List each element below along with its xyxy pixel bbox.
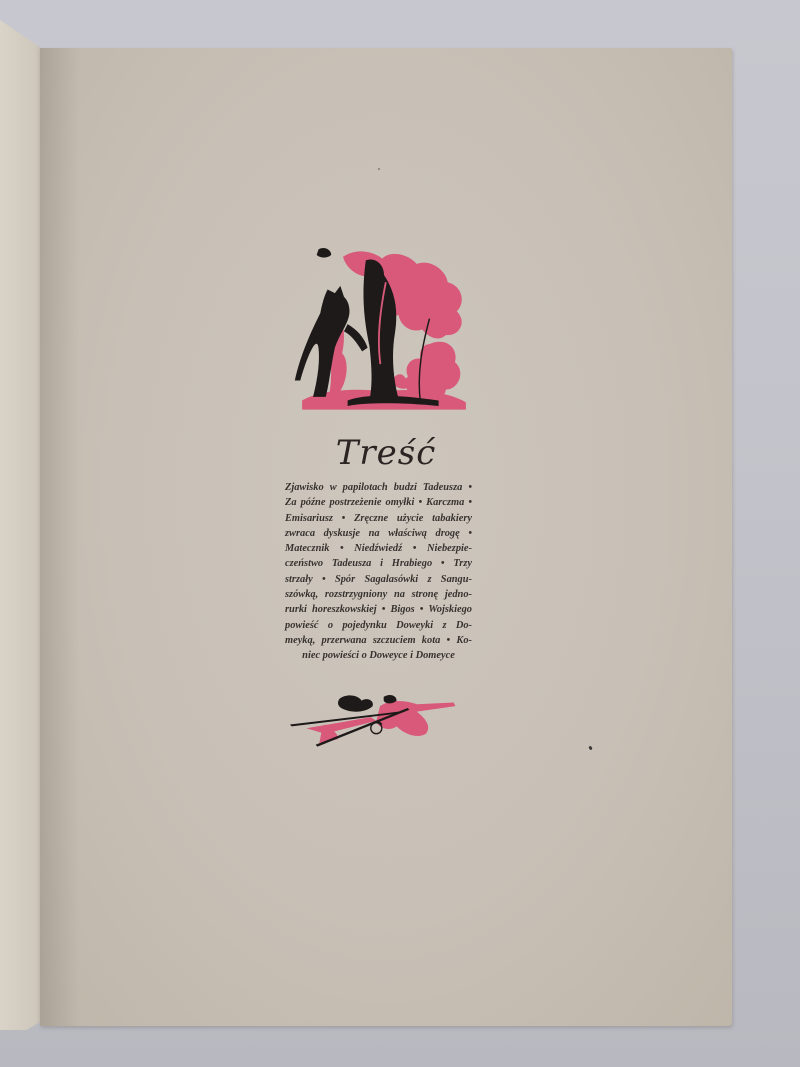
paper-speck xyxy=(378,168,381,171)
contents-line: Matecznik • Niedźwiedź • Niebezpie- xyxy=(285,541,472,556)
table-of-contents: Zjawisko w papilotach budzi Tadeusza • Z… xyxy=(285,480,472,664)
page-title: Treść xyxy=(40,433,732,473)
contents-line: czeństwo Tadeusza i Hrabiego • Trzy xyxy=(285,556,472,571)
fox-tree-illustration-icon xyxy=(293,244,475,416)
contents-line: Emisariusz • Zręczne użycie tabakiery xyxy=(285,511,472,526)
contents-line: niec powieści o Doweyce i Domeyce xyxy=(285,648,472,663)
contents-line: zwraca dyskusje na właściwą drogę • xyxy=(285,526,472,541)
oak-branch-vignette-icon xyxy=(288,691,472,747)
left-page-edge xyxy=(0,20,44,1030)
contents-line: powieść o pojedynku Doweyki z Do- xyxy=(285,618,472,633)
book-page: Treść Zjawisko w papilotach budzi Tadeus… xyxy=(40,48,732,1026)
contents-line: meyką, przerwana szczuciem kota • Ko- xyxy=(285,633,472,648)
paper-speck xyxy=(588,746,593,751)
contents-line: Zjawisko w papilotach budzi Tadeusza • xyxy=(285,480,472,495)
contents-line: rurki horeszkowskiej • Bigos • Wojskiego xyxy=(285,602,472,617)
contents-line: Za późne postrzeżenie omyłki • Karczma • xyxy=(285,495,472,510)
contents-line: strzały • Spór Sagalasówki z Sangu- xyxy=(285,572,472,587)
contents-line: szówką, rozstrzygniony na stronę jedno- xyxy=(285,587,472,602)
